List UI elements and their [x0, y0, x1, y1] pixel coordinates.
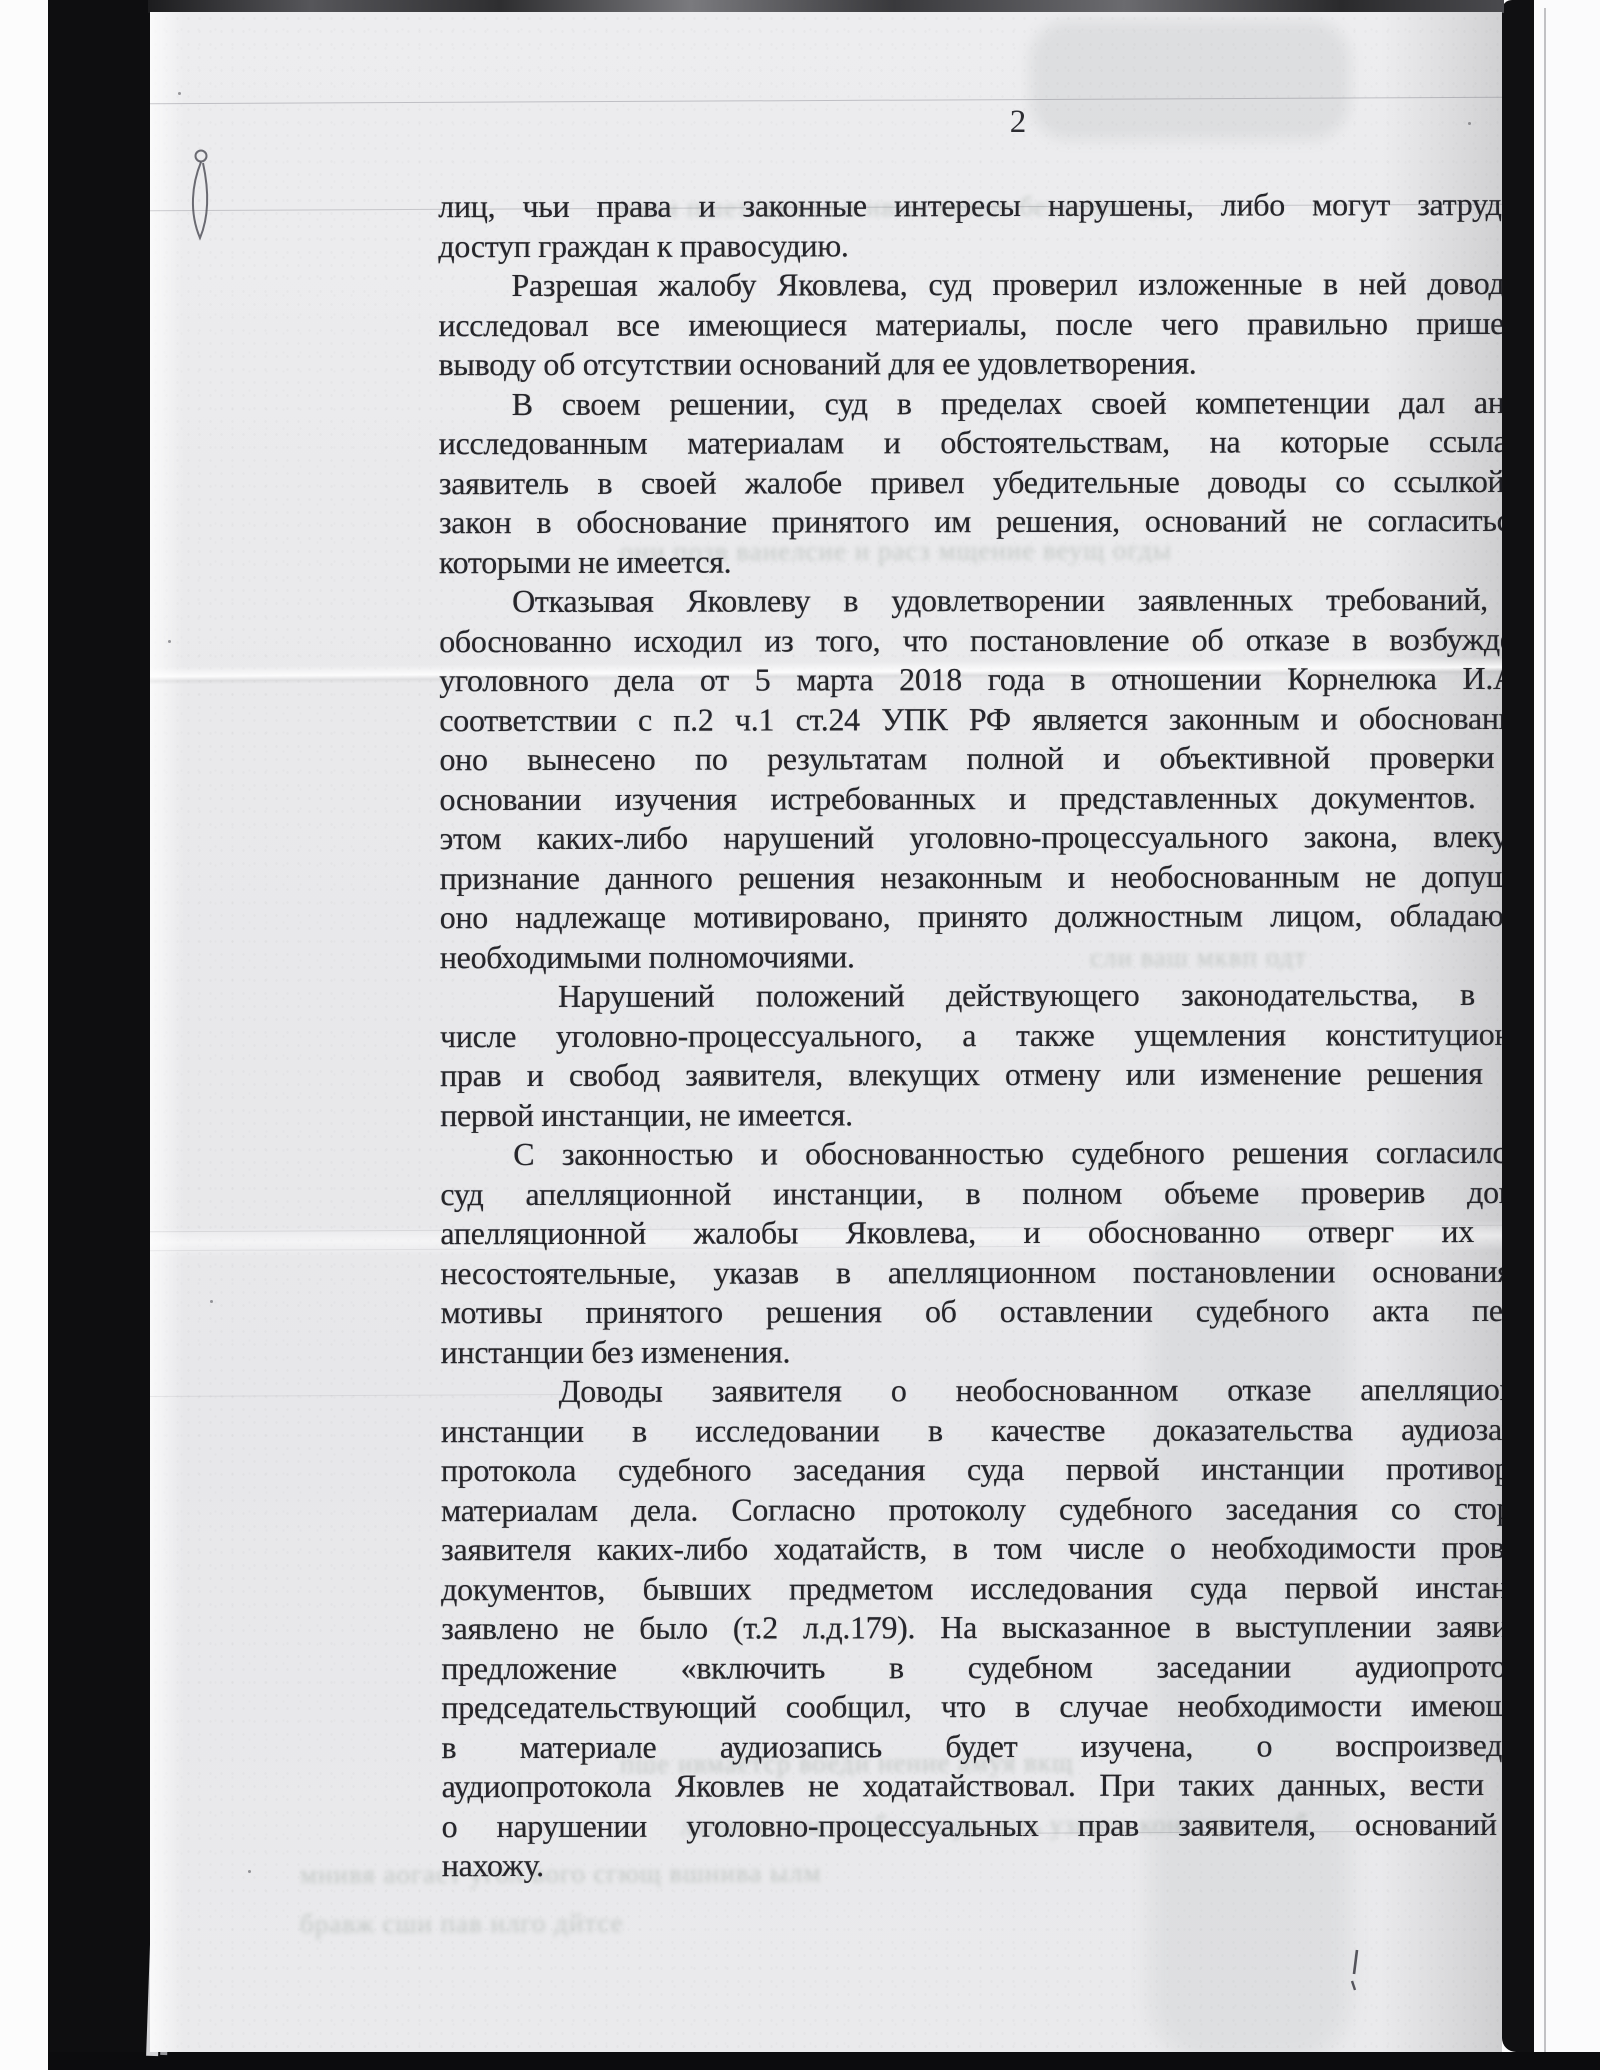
text-line: заявитель в своей жалобе привел убедител… [439, 461, 1502, 503]
text-line: Доводы заявителя о необоснованном отказе… [441, 1370, 1502, 1412]
text-line: обоснованно исходил из того, что постано… [439, 619, 1502, 661]
text-line: мотивы принятого решения об оставлении с… [441, 1291, 1502, 1333]
text-line: первой инстанции, не имеется. [440, 1093, 1502, 1135]
text-line: документов, бывших предметом исследовани… [441, 1567, 1502, 1609]
pen-tick-mark [1348, 1948, 1364, 1996]
toner-smudge [1030, 20, 1350, 140]
text-line: апелляционной жалобы Яковлева, и обоснов… [440, 1212, 1502, 1254]
scanned-court-document-page: { "document": { "page_number": "2", "lin… [0, 0, 1600, 2070]
text-line: инстанции в исследовании в качестве дока… [441, 1409, 1502, 1451]
underlying-sheet-edge [1544, 8, 1546, 2052]
toner-speck [1468, 122, 1471, 125]
text-line: нахожу. [442, 1844, 1502, 1886]
text-line: несостоятельные, указав в апелляционном … [440, 1251, 1502, 1293]
text-line: о нарушении уголовно-процессуальных прав… [442, 1804, 1502, 1846]
page-number: 2 [998, 104, 1038, 141]
text-line: предложение «включить в судебном заседан… [441, 1646, 1502, 1688]
text-line: В своем решении, суд в пределах своей ко… [439, 382, 1502, 424]
text-line: председательствующий сообщил, что в случ… [441, 1686, 1502, 1728]
text-line: аудиопротокола Яковлев не ходатайствовал… [442, 1765, 1502, 1807]
toner-speck [210, 1300, 213, 1303]
toner-speck [178, 92, 181, 95]
text-line: заявлено не было (т.2 л.д.179). На выска… [441, 1607, 1502, 1649]
text-line: инстанции без изменения. [441, 1330, 1502, 1372]
text-line: выводу об отсутствии оснований для ее уд… [439, 343, 1502, 385]
scan-bottom-black-band [48, 2052, 1600, 2070]
text-line: прав и свобод заявителя, влекущих отмену… [440, 1054, 1502, 1096]
text-line: Разрешая жалобу Яковлева, суд проверил и… [438, 264, 1502, 306]
pen-loop-doodle [184, 146, 220, 250]
text-line: исследовал все имеющиеся материалы, посл… [438, 303, 1502, 345]
text-line: этом каких-либо нарушений уголовно-проце… [440, 817, 1502, 859]
text-line: в материале аудиозапись будет изучена, о… [441, 1725, 1502, 1767]
toner-speck [168, 640, 171, 643]
text-line: которыми не имеется. [439, 540, 1502, 582]
text-block: лиц, чьи права и законные интересы наруш… [438, 185, 1502, 1886]
text-line: Отказывая Яковлеву в удовлетворении заяв… [439, 580, 1502, 622]
text-line: числе уголовно-процессуального, а также … [440, 1014, 1502, 1056]
text-line: Нарушений положений действующего законод… [440, 975, 1502, 1017]
text-line: уголовного дела от 5 марта 2018 года в о… [439, 659, 1502, 701]
text-line: суд апелляционной инстанции, в полном об… [440, 1172, 1502, 1214]
text-line: необходимыми полномочиями. [440, 935, 1502, 977]
scan-left-margin [0, 0, 48, 2070]
document-page: нвои пшетсвкние и нвмо аивше безшлвя сгд… [150, 12, 1502, 2052]
text-line: соответствии с п.2 ч.1 ст.24 УПК РФ явля… [439, 698, 1502, 740]
text-line: исследованным материалам и обстоятельств… [439, 422, 1502, 464]
text-line: закон в обоснование принятого им решения… [439, 501, 1502, 543]
bleedthrough-text: бравж сши пав нлго дйтсе [300, 1907, 860, 1940]
text-line: С законностью и обоснованностью судебног… [440, 1133, 1502, 1175]
toner-speck [248, 1870, 251, 1873]
scan-left-black-band [48, 0, 150, 2070]
text-line: основании изучения истребованных и предс… [439, 777, 1502, 819]
page-edge-highlight [150, 12, 184, 2052]
text-line: протокола судебного заседания суда перво… [441, 1449, 1502, 1491]
text-line: материалам дела. Согласно протоколу суде… [441, 1488, 1502, 1530]
text-line: оно вынесено по результатам полной и объ… [439, 738, 1502, 780]
text-line: доступ граждан к правосудию. [438, 224, 1502, 266]
text-line: признание данного решения незаконным и н… [440, 856, 1502, 898]
scan-right-black-band [1502, 0, 1534, 2052]
text-line: заявителя каких-либо ходатайств, в том ч… [441, 1528, 1502, 1570]
text-line: оно надлежаще мотивировано, принято долж… [440, 896, 1502, 938]
text-line: лиц, чьи права и законные интересы наруш… [438, 185, 1502, 227]
